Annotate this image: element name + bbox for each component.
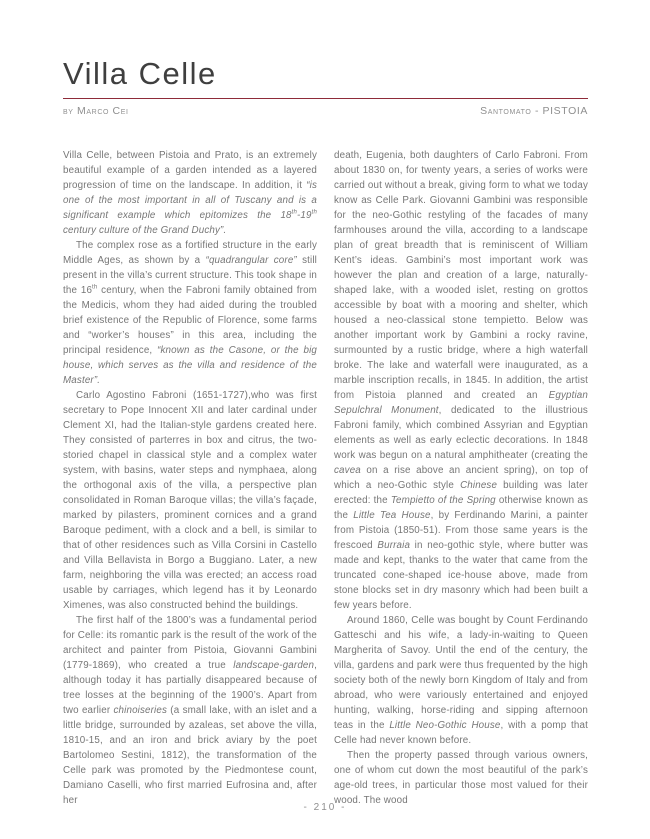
paragraph: Villa Celle, between Pistoia and Prato, … xyxy=(63,148,317,238)
paragraph: The first half of the 1800’s was a funda… xyxy=(63,613,317,808)
text-run: Carlo Agostino Fabroni (1651-1727),who w… xyxy=(63,390,317,611)
right-column: death, Eugenia, both daughters of Carlo … xyxy=(334,148,588,808)
text-run: chinoiseries xyxy=(114,705,168,716)
text-run: century culture of the Grand Duchy”. xyxy=(63,225,226,236)
article-body: Villa Celle, between Pistoia and Prato, … xyxy=(63,148,588,808)
paragraph: Then the property passed through various… xyxy=(334,748,588,808)
text-run: “quadrangular core” xyxy=(206,255,297,266)
book-page: Villa Celle by Marco Cei Santomato - PIS… xyxy=(0,0,650,839)
byline-location: Santomato - PISTOIA xyxy=(480,105,588,117)
text-run: Chinese xyxy=(460,480,497,491)
text-run: Then the property passed through various… xyxy=(334,750,588,806)
text-run: Little Neo-Gothic House xyxy=(389,720,500,731)
header-rule xyxy=(63,98,588,99)
text-run: Villa Celle, between Pistoia and Prato, … xyxy=(63,150,317,191)
text-run: th xyxy=(312,209,317,215)
paragraph: The complex rose as a fortified structur… xyxy=(63,238,317,388)
text-run: death, Eugenia, both daughters of Carlo … xyxy=(334,150,588,401)
left-column: Villa Celle, between Pistoia and Prato, … xyxy=(63,148,317,808)
text-run: cavea xyxy=(334,465,361,476)
byline-author: by Marco Cei xyxy=(63,105,129,117)
text-run: landscape-garden xyxy=(233,660,314,671)
text-run: Around 1860, Celle was bought by Count F… xyxy=(334,615,588,731)
text-run: (a small lake, with an islet and a littl… xyxy=(63,705,317,806)
text-run: Tempietto of the Spring xyxy=(391,495,496,506)
byline-row: by Marco Cei Santomato - PISTOIA xyxy=(63,105,588,117)
text-run: Little Tea House xyxy=(353,510,430,521)
page-title: Villa Celle xyxy=(63,58,588,91)
paragraph: death, Eugenia, both daughters of Carlo … xyxy=(334,148,588,613)
text-run: -19 xyxy=(297,210,312,221)
text-run: Burraia xyxy=(377,540,410,551)
paragraph: Carlo Agostino Fabroni (1651-1727),who w… xyxy=(63,388,317,613)
paragraph: Around 1860, Celle was bought by Count F… xyxy=(334,613,588,748)
page-number: - 210 - xyxy=(0,802,650,813)
